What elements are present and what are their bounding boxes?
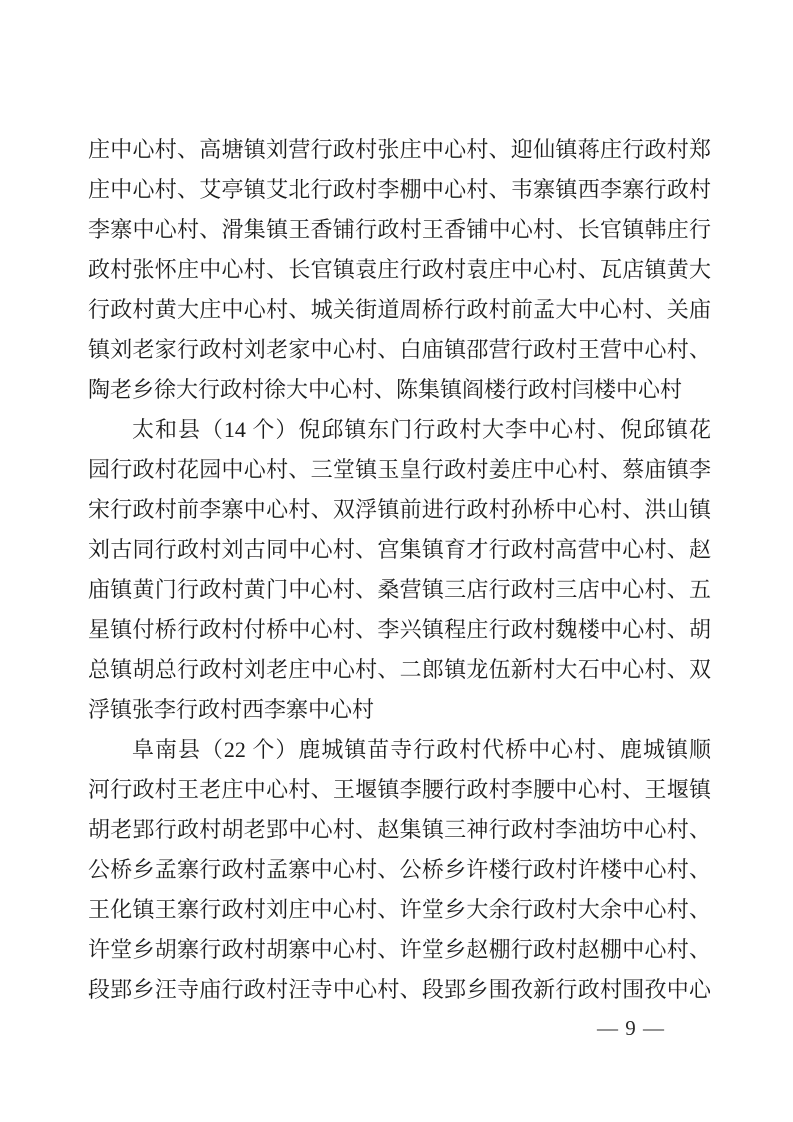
document-body: 庄中心村、高塘镇刘营行政村张庄中心村、迎仙镇蒋庄行政村郑庄中心村、艾亭镇艾北行政… [88, 130, 711, 1010]
text-line: 河行政村王老庄中心村、王堰镇李腰行政村李腰中心村、王堰镇 [88, 770, 711, 810]
text-line: 刘古同行政村刘古同中心村、宫集镇育才行政村高营中心村、赵 [88, 530, 711, 570]
text-line: 政村张怀庄中心村、长官镇袁庄行政村袁庄中心村、瓦店镇黄大 [88, 250, 711, 290]
text-line: 公桥乡孟寨行政村孟寨中心村、公桥乡许楼行政村许楼中心村、 [88, 850, 711, 890]
paragraph-taihe-county: 太和县（14 个）倪邱镇东门行政村大李中心村、倪邱镇花园行政村花园中心村、三堂镇… [88, 410, 711, 730]
text-line: 庄中心村、高塘镇刘营行政村张庄中心村、迎仙镇蒋庄行政村郑 [88, 130, 711, 170]
text-line: 行政村黄大庄中心村、城关街道周桥行政村前孟大中心村、关庙 [88, 290, 711, 330]
text-line: 宋行政村前李寨中心村、双浮镇前进行政村孙桥中心村、洪山镇 [88, 490, 711, 530]
text-line: 浮镇张李行政村西李寨中心村 [88, 690, 711, 730]
text-line: 总镇胡总行政村刘老庄中心村、二郎镇龙伍新村大石中心村、双 [88, 650, 711, 690]
text-line: 许堂乡胡寨行政村胡寨中心村、许堂乡赵棚行政村赵棚中心村、 [88, 930, 711, 970]
text-line: 星镇付桥行政村付桥中心村、李兴镇程庄行政村魏楼中心村、胡 [88, 610, 711, 650]
text-line: 镇刘老家行政村刘老家中心村、白庙镇邵营行政村王营中心村、 [88, 330, 711, 370]
text-line: 段郢乡汪寺庙行政村汪寺中心村、段郢乡围孜新行政村围孜中心 [88, 970, 711, 1010]
text-line: 园行政村花园中心村、三堂镇玉皇行政村姜庄中心村、蔡庙镇李 [88, 450, 711, 490]
paragraph-funan-county: 阜南县（22 个）鹿城镇苗寺行政村代桥中心村、鹿城镇顺河行政村王老庄中心村、王堰… [88, 730, 711, 1010]
text-line: 阜南县（22 个）鹿城镇苗寺行政村代桥中心村、鹿城镇顺 [88, 730, 711, 770]
text-line: 李寨中心村、滑集镇王香铺行政村王香铺中心村、长官镇韩庄行 [88, 210, 711, 250]
text-line: 庙镇黄门行政村黄门中心村、桑营镇三店行政村三店中心村、五 [88, 570, 711, 610]
page-number: — 9 — [597, 1016, 665, 1040]
text-line: 庄中心村、艾亭镇艾北行政村李棚中心村、韦寨镇西李寨行政村 [88, 170, 711, 210]
text-line: 王化镇王寨行政村刘庄中心村、许堂乡大余行政村大余中心村、 [88, 890, 711, 930]
text-line: 胡老郢行政村胡老郢中心村、赵集镇三神行政村李油坊中心村、 [88, 810, 711, 850]
text-line: 陶老乡徐大行政村徐大中心村、陈集镇阎楼行政村闫楼中心村 [88, 370, 711, 410]
document-page: 庄中心村、高塘镇刘营行政村张庄中心村、迎仙镇蒋庄行政村郑庄中心村、艾亭镇艾北行政… [0, 0, 793, 1122]
text-line: 太和县（14 个）倪邱镇东门行政村大李中心村、倪邱镇花 [88, 410, 711, 450]
paragraph-linquan-continuation: 庄中心村、高塘镇刘营行政村张庄中心村、迎仙镇蒋庄行政村郑庄中心村、艾亭镇艾北行政… [88, 130, 711, 410]
